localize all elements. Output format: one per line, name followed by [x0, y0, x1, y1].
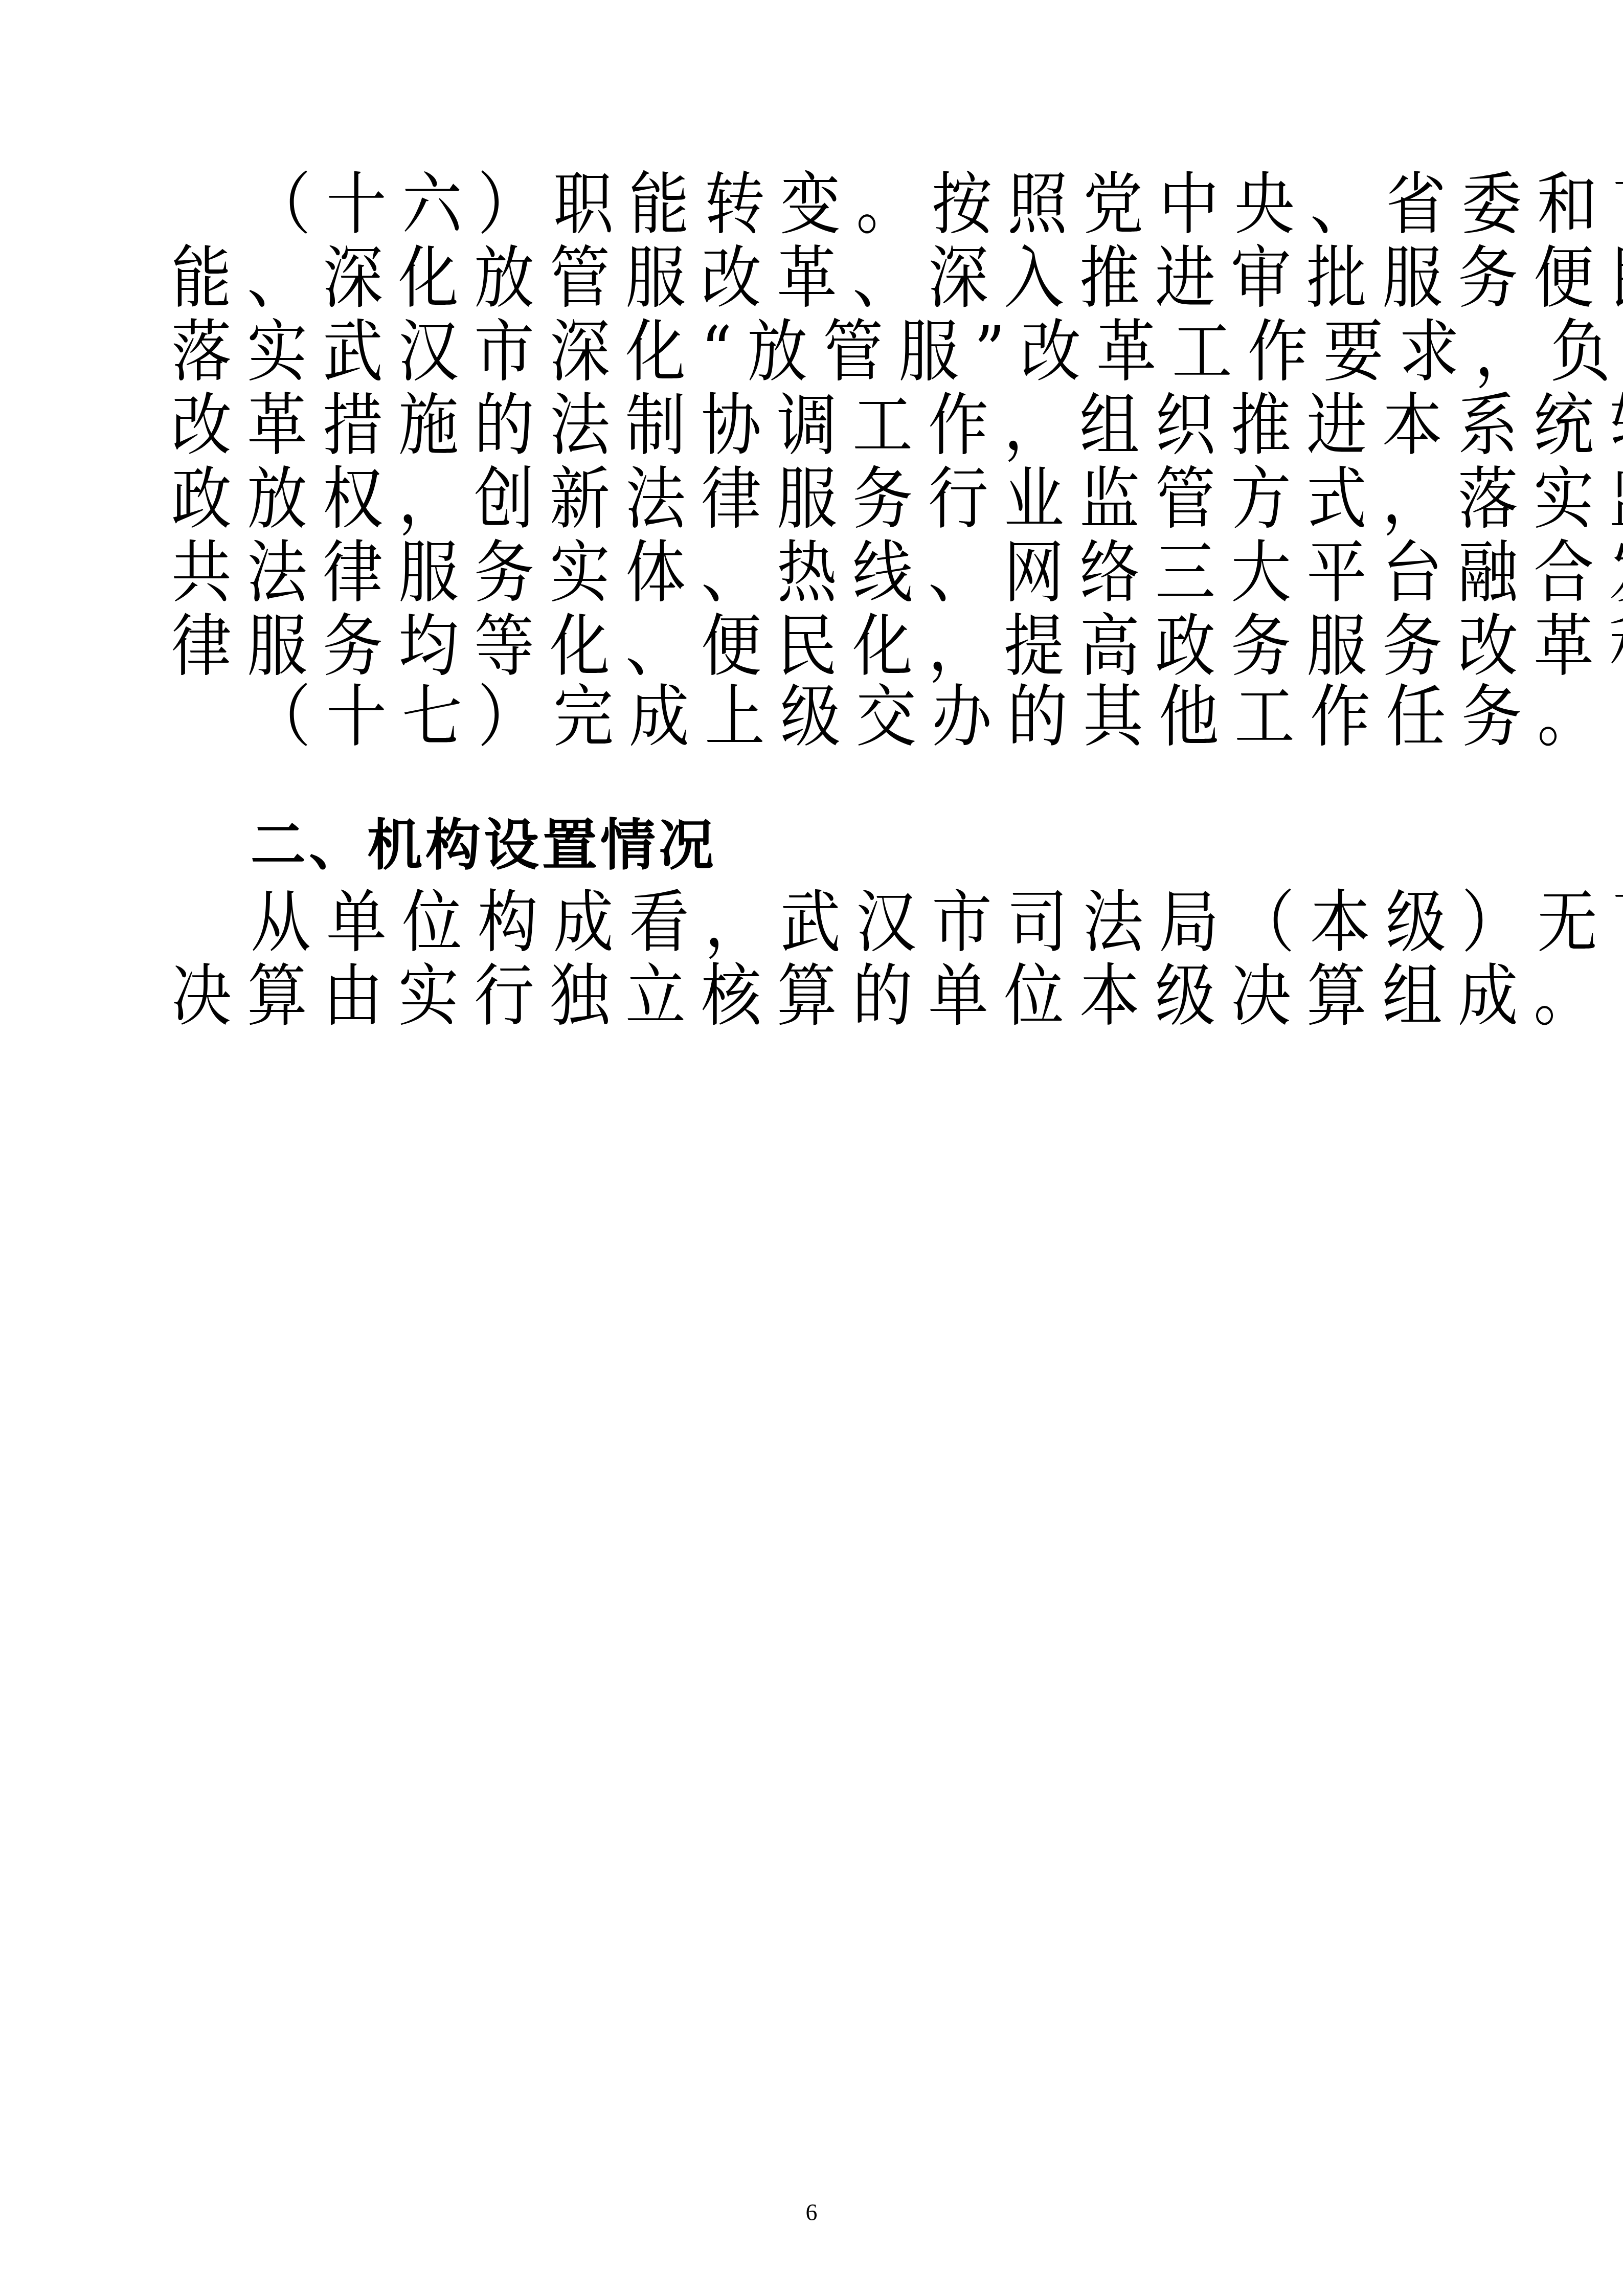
- section-heading-org-setup: 二、机构设置情况: [251, 809, 717, 883]
- paragraph-16-line-2: 能、深化放管服改革、深入推进审批服务便民化的决策部署，认真: [171, 236, 1460, 319]
- document-page: （十六）职能转变。按照党中央、省委和市委关于转变政府职 能、深化放管服改革、深入…: [0, 0, 1623, 2296]
- org-paragraph-line-2: 决算由实行独立核算的单位本级决算组成。: [171, 954, 1460, 1037]
- paragraph-16-line-5: 政放权，创新法律服务行业监管方式，落实监管责任，推动全市公: [171, 457, 1460, 539]
- paragraph-17: （十七）完成上级交办的其他工作任务。: [251, 675, 1460, 757]
- paragraph-16-line-4: 改革措施的法制协调工作，组织推进本系统转变政府职能。深化简: [171, 384, 1460, 466]
- paragraph-16-line-3: 落实武汉市深化“放管服”改革工作要求，负责市政府“放管服”: [171, 310, 1460, 392]
- paragraph-16-line-1: （十六）职能转变。按照党中央、省委和市委关于转变政府职: [251, 163, 1460, 245]
- org-paragraph-line-1: 从单位构成看，武汉市司法局（本级）无下属单位。2024年单位: [251, 881, 1460, 963]
- paragraph-16-line-6: 共法律服务实体、热线、网络三大平台融合发展，推进基本公共法: [171, 531, 1460, 613]
- page-number: 6: [0, 2199, 1623, 2226]
